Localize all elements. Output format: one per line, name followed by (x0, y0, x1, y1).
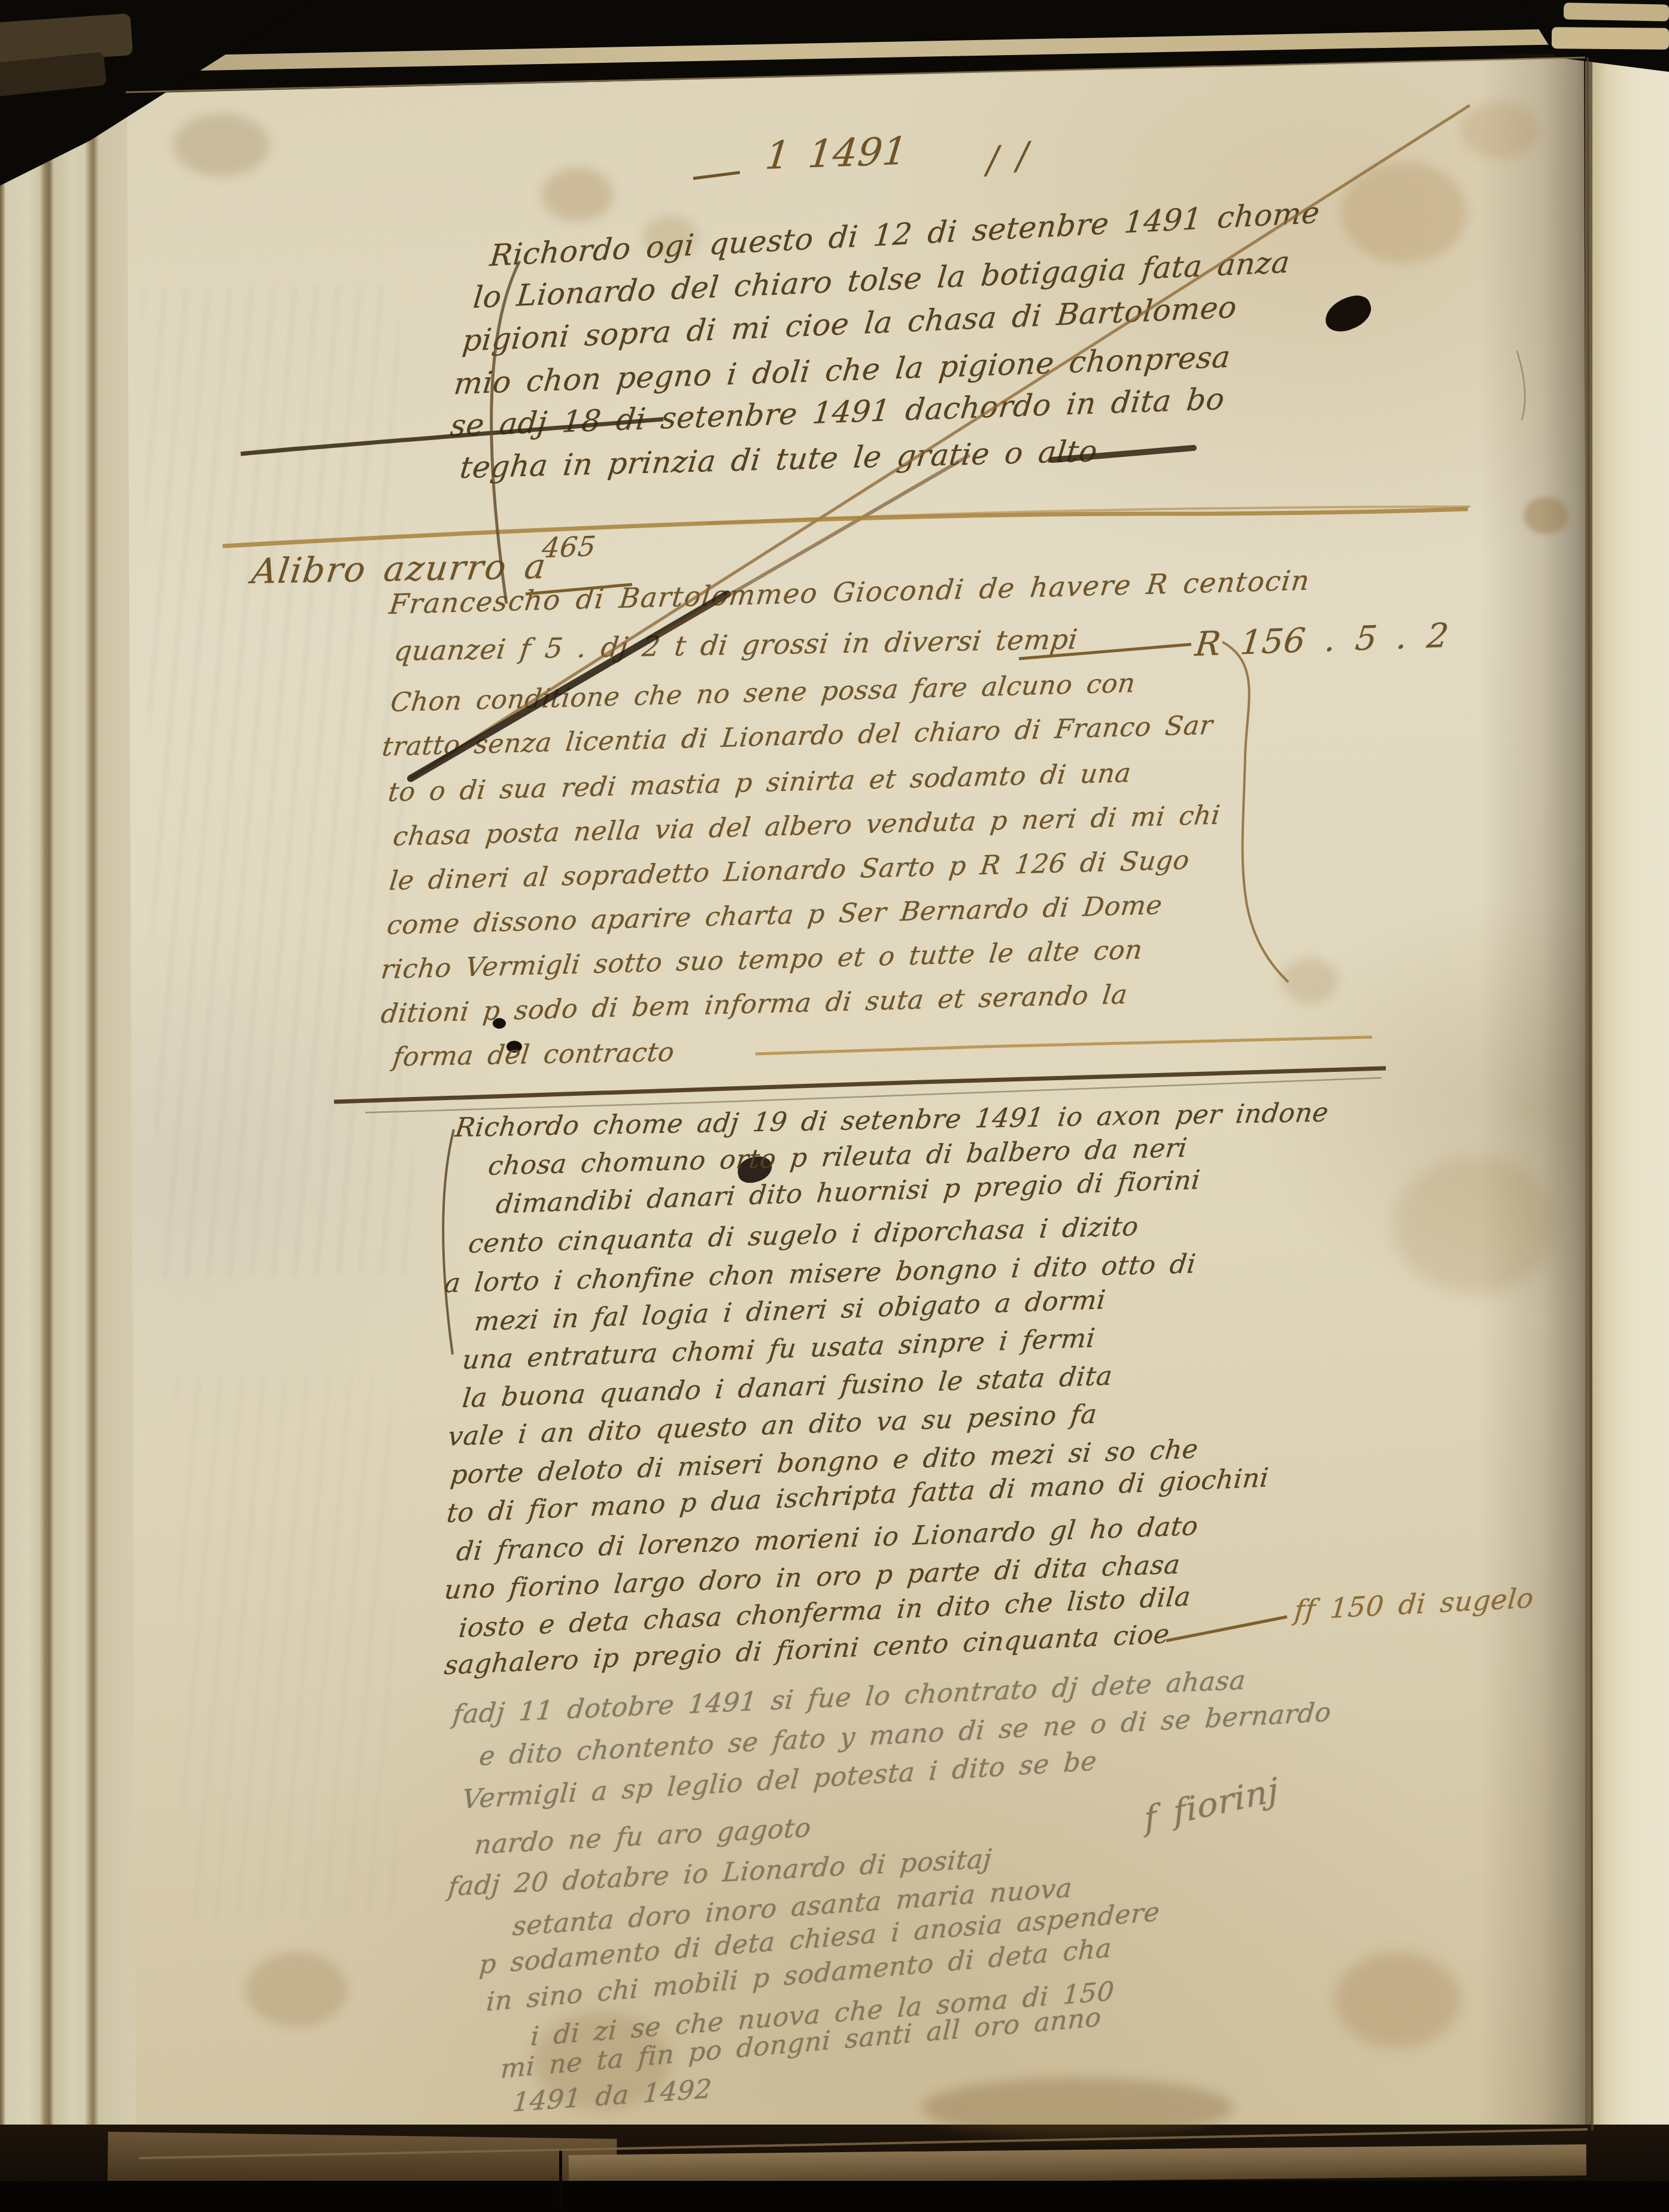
verso-show-through (175, 1375, 400, 1918)
paper-stain (1335, 1952, 1461, 2048)
paper-stain (1461, 102, 1538, 159)
parchment-tab (1564, 2, 1669, 21)
verso-show-through (141, 285, 416, 1277)
year-header: 1 1491 (763, 129, 910, 178)
paper-stain (1524, 497, 1568, 534)
scan-background (0, 2181, 1669, 2212)
parchment-tab (1552, 27, 1669, 50)
facing-page-edge (1585, 50, 1669, 2158)
paper-stain (542, 168, 614, 222)
paper-stain (1281, 958, 1338, 1003)
manuscript-scan: 1 1491 ∕ ∕ Richordo ogi questo di 12 di … (0, 0, 1669, 2212)
year-check-marks: ∕ ∕ (987, 135, 1029, 182)
page-edge-line (559, 2149, 562, 2211)
paper-stain (922, 2078, 1233, 2138)
paper-stain (174, 114, 269, 177)
binding-gutter-shadow (1479, 54, 1592, 2138)
paper-stain (245, 1952, 347, 2027)
conditions-line: forma del contracto (391, 1037, 676, 1072)
page-edge-stack (0, 71, 141, 2184)
paper-stain (1395, 1156, 1556, 1293)
folio-number: 465 (541, 530, 597, 564)
paper-stain (1341, 162, 1467, 263)
